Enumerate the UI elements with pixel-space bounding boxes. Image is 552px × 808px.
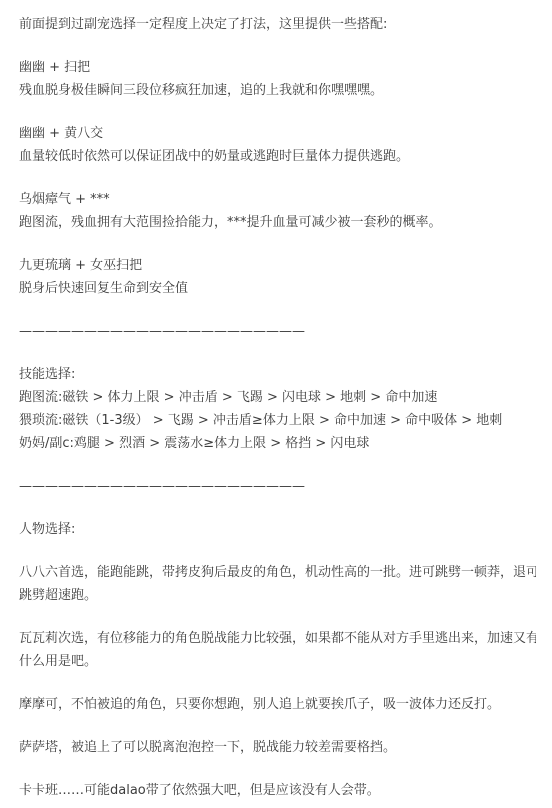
skills-cautious-build-line: 猥琐流:磁铁（1-3级） > 飞踢 > 冲击盾≥体力上限 > 命中加速 > 命中… [19, 409, 536, 432]
combo-2-desc: 血量较低时依然可以保证团战中的奶量或逃跑时巨量体力提供逃跑。 [19, 145, 536, 168]
character-3-desc: 摩摩可，不怕被追的角色，只要你想跑，别人追上就要挨爪子，吸一波体力还反打。 [19, 693, 536, 716]
section-divider: —————————————————————— [19, 320, 536, 343]
character-2-desc-line-2: 什么用是吧。 [19, 650, 536, 673]
combo-1-desc: 残血脱身极佳瞬间三段位移疯狂加速，追的上我就和你嘿嘿嘿。 [19, 79, 536, 102]
section-divider: —————————————————————— [19, 475, 536, 498]
skills-healer-build-line: 奶妈/副c:鸡腿 > 烈酒 > 震荡水≥体力上限 > 格挡 > 闪电球 [19, 432, 536, 455]
character-1-desc-line-1: 八八六首选，能跑能跳，带拷皮狗后最皮的角色，机动性高的一批。进可跳劈一顿莽，退可 [19, 561, 536, 584]
skills-heading: 技能选择: [19, 363, 536, 386]
combo-1-title: 幽幽 + 扫把 [19, 56, 536, 79]
combo-3-title: 乌烟瘴气 + *** [19, 188, 536, 211]
combo-4-title: 九更琉璃 + 女巫扫把 [19, 254, 536, 277]
character-2-desc-line-1: 瓦瓦莉次选，有位移能力的角色脱战能力比较强，如果都不能从对方手里逃出来，加速又有 [19, 627, 536, 650]
skills-runner-build-line: 跑图流:磁铁 > 体力上限 > 冲击盾 > 飞踢 > 闪电球 > 地刺 > 命中… [19, 386, 536, 409]
combo-3-desc: 跑图流，残血拥有大范围捡拾能力，***提升血量可减少被一套秒的概率。 [19, 211, 536, 234]
combo-2-title: 幽幽 + 黄八交 [19, 122, 536, 145]
character-5-desc: 卡卡班……可能dalao带了依然强大吧，但是应该没有人会带。 [19, 779, 536, 802]
intro-text: 前面提到过副宠选择一定程度上决定了打法，这里提供一些搭配: [19, 13, 536, 36]
combo-4-desc: 脱身后快速回复生命到安全值 [19, 277, 536, 300]
document-body: 前面提到过副宠选择一定程度上决定了打法，这里提供一些搭配: 幽幽 + 扫把 残血… [0, 0, 552, 802]
character-4-desc: 萨萨塔，被追上了可以脱离泡泡控一下，脱战能力较差需要格挡。 [19, 736, 536, 759]
characters-heading: 人物选择: [19, 518, 536, 541]
character-1-desc-line-2: 跳劈超速跑。 [19, 584, 536, 607]
